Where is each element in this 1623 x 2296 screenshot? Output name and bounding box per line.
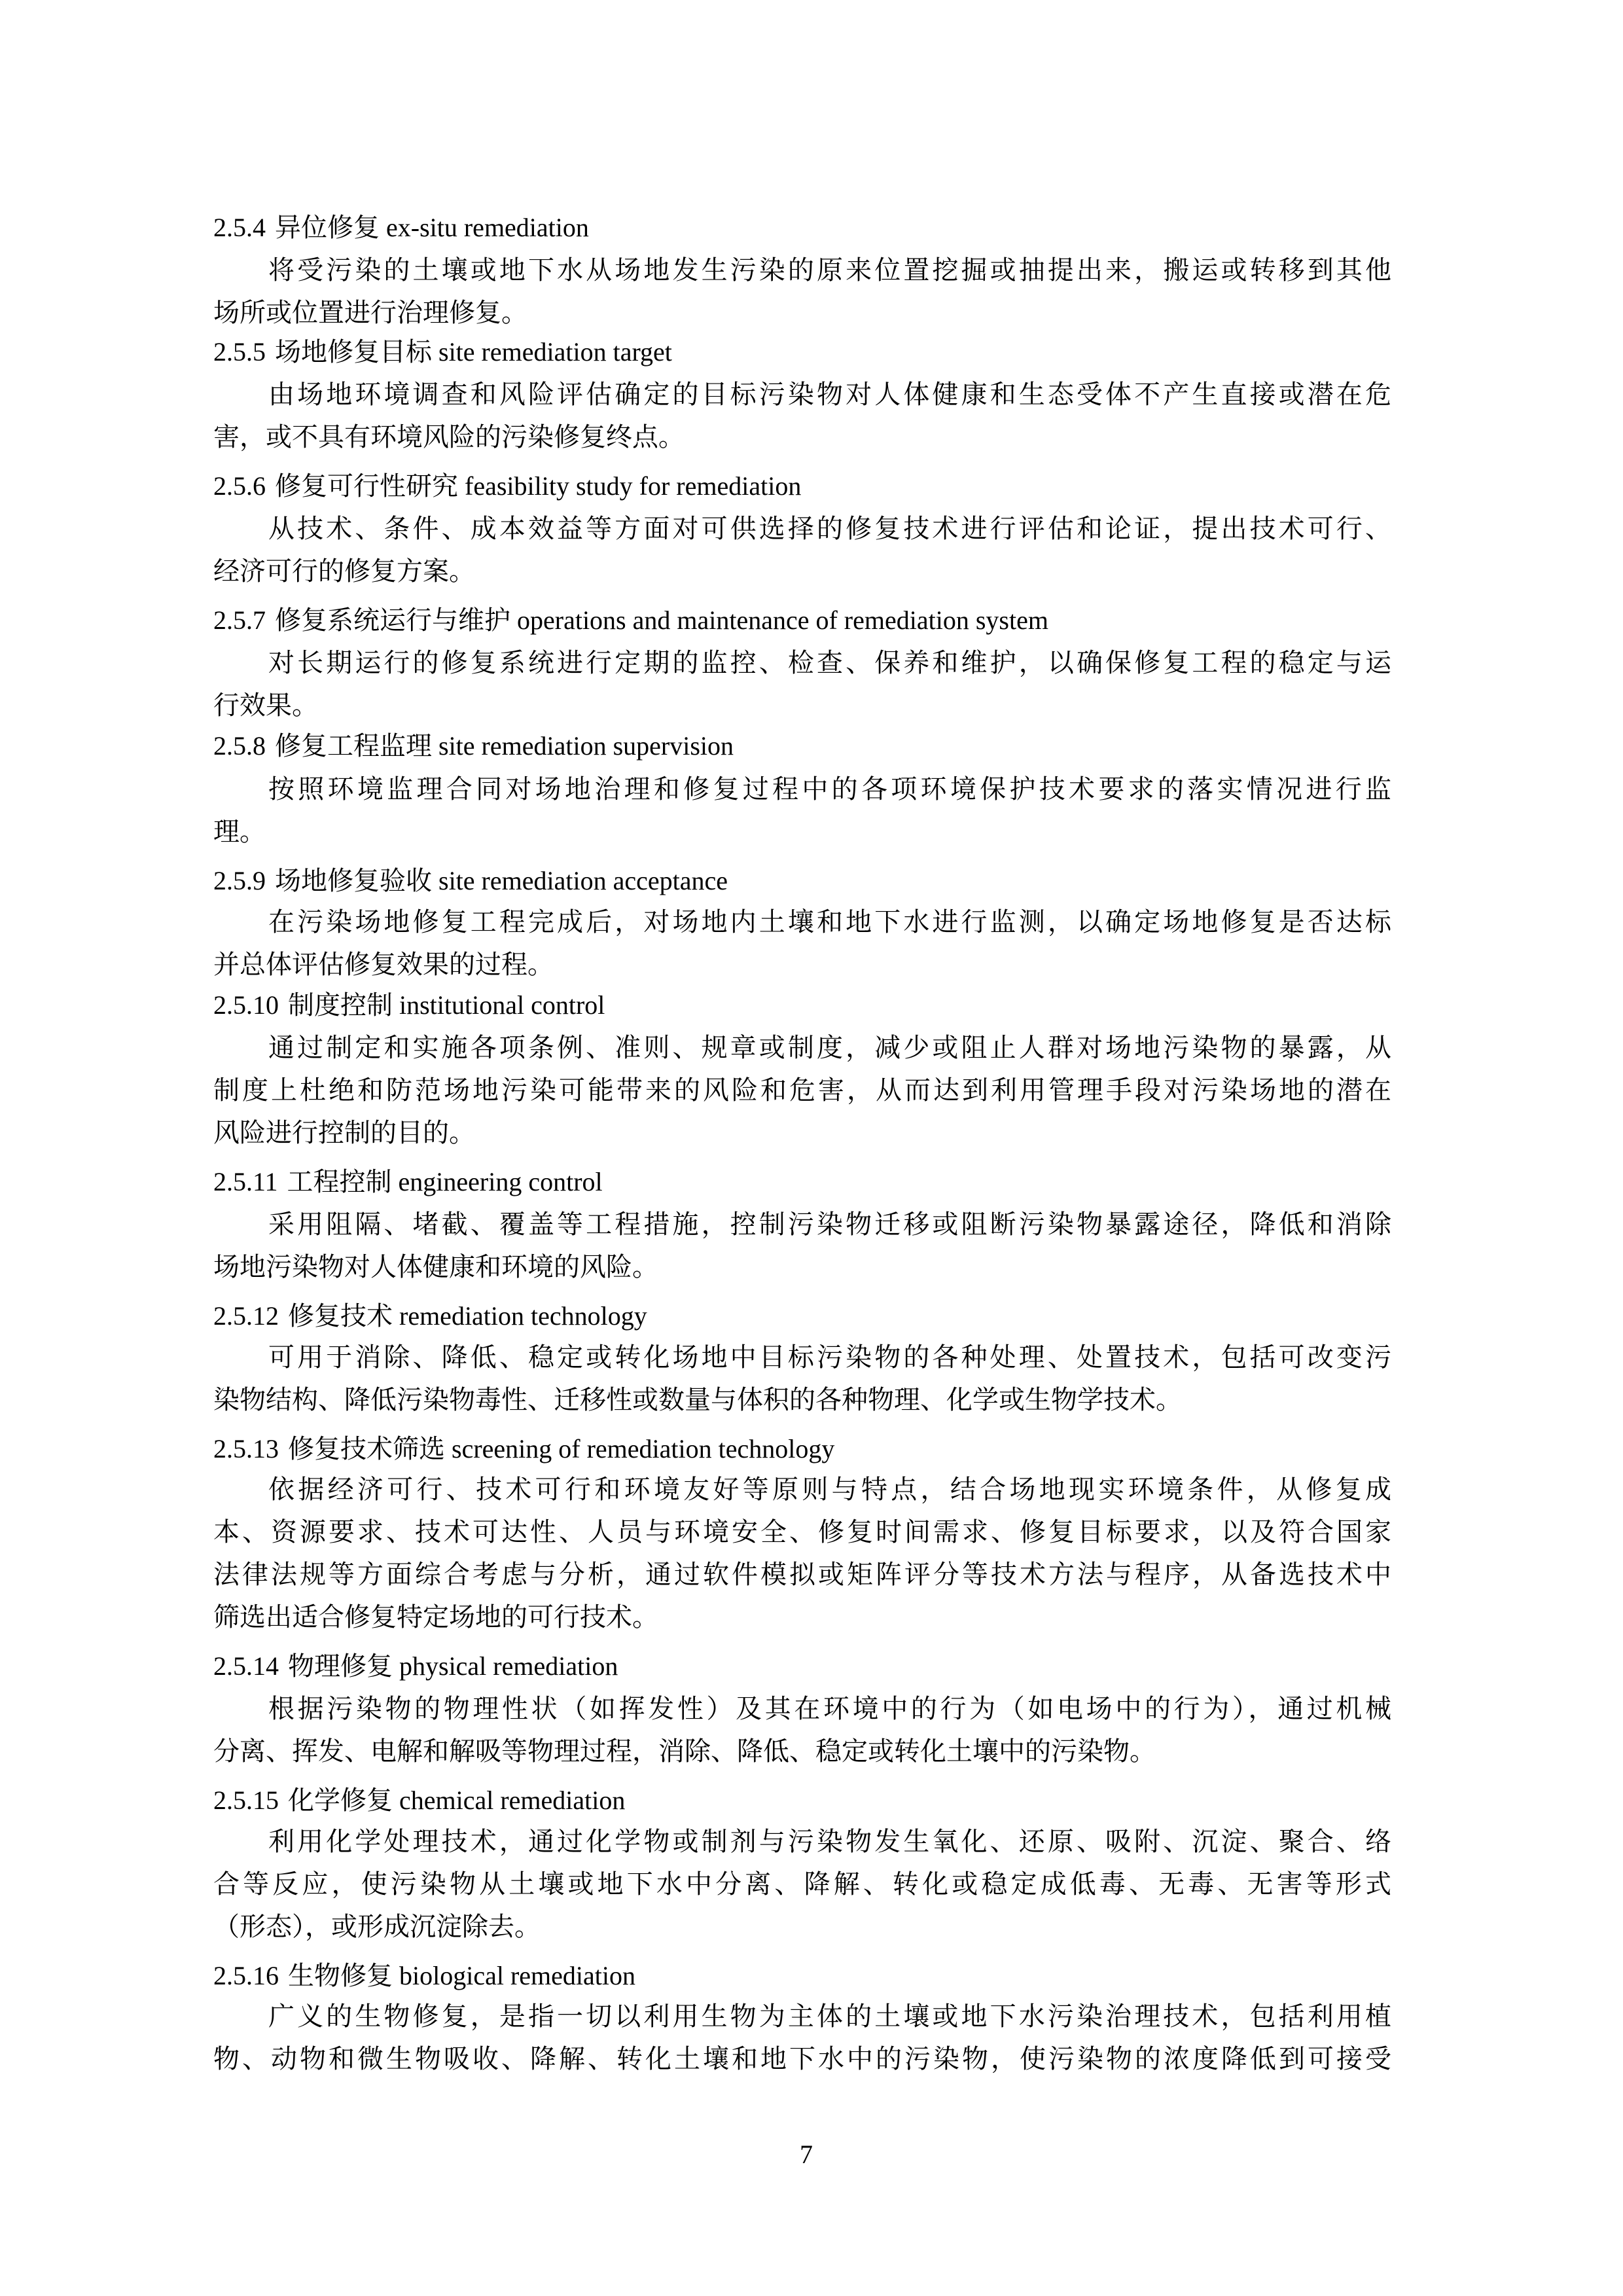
section-title: 制度控制 institutional control <box>288 990 605 1020</box>
paragraph-line: 并总体评估修复效果的过程。 <box>213 948 1391 982</box>
section-heading-2-5-16: 2.5.16生物修复 biological remediation <box>213 1959 635 1993</box>
section-number: 2.5.7 <box>213 605 266 635</box>
section-number: 2.5.11 <box>213 1167 278 1196</box>
section-number: 2.5.16 <box>213 1961 279 1990</box>
section-heading-2-5-4: 2.5.4异位修复 ex-situ remediation <box>213 211 589 245</box>
paragraph-line: 理。 <box>213 815 1391 849</box>
section-title: 修复可行性研究 feasibility study for remediatio… <box>275 471 801 501</box>
paragraph-line: 场地污染物对人体健康和环境的风险。 <box>213 1250 1391 1284</box>
section-heading-2-5-11: 2.5.11工程控制 engineering control <box>213 1165 603 1199</box>
page-number: 7 <box>785 2138 827 2172</box>
section-heading-2-5-12: 2.5.12修复技术 remediation technology <box>213 1299 647 1333</box>
section-heading-2-5-6: 2.5.6修复可行性研究 feasibility study for remed… <box>213 469 801 503</box>
paragraph-line: 通过制定和实施各项条例、准则、规章或制度，减少或阻止人群对场地污染物的暴露，从 <box>268 1031 1391 1065</box>
section-title: 修复系统运行与维护 operations and maintenance of … <box>275 605 1048 635</box>
document-page: 2.5.4异位修复 ex-situ remediation 将受污染的土壤或地下… <box>0 0 1623 2296</box>
paragraph-line: 在污染场地修复工程完成后，对场地内土壤和地下水进行监测，以确定场地修复是否达标 <box>268 905 1391 939</box>
section-title: 修复工程监理 site remediation supervision <box>275 731 734 761</box>
paragraph-line: 将受污染的土壤或地下水从场地发生污染的原来位置挖掘或抽提出来，搬运或转移到其他 <box>268 253 1391 287</box>
section-title: 场地修复目标 site remediation target <box>275 337 672 367</box>
section-heading-2-5-13: 2.5.13修复技术筛选 screening of remediation te… <box>213 1432 834 1466</box>
paragraph-line: 采用阻隔、堵截、覆盖等工程措施，控制污染物迁移或阻断污染物暴露途径，降低和消除 <box>268 1208 1391 1242</box>
paragraph-line: 利用化学处理技术，通过化学物或制剂与污染物发生氧化、还原、吸附、沉淀、聚合、络 <box>268 1825 1391 1859</box>
paragraph-line: 风险进行控制的目的。 <box>213 1116 1391 1150</box>
section-title: 物理修复 physical remediation <box>288 1651 618 1681</box>
paragraph-line: 可用于消除、降低、稳定或转化场地中目标污染物的各种处理、处置技术，包括可改变污 <box>268 1340 1391 1374</box>
paragraph-line: 根据污染物的物理性状（如挥发性）及其在环境中的行为（如电场中的行为），通过机械 <box>268 1692 1391 1726</box>
paragraph-line: 对长期运行的修复系统进行定期的监控、检查、保养和维护，以确保修复工程的稳定与运 <box>268 646 1391 680</box>
paragraph-line: 染物结构、降低污染物毒性、迁移性或数量与体积的各种物理、化学或生物学技术。 <box>213 1383 1391 1417</box>
section-title: 修复技术 remediation technology <box>288 1301 647 1331</box>
section-heading-2-5-7: 2.5.7修复系统运行与维护 operations and maintenanc… <box>213 603 1048 637</box>
section-heading-2-5-10: 2.5.10制度控制 institutional control <box>213 988 605 1022</box>
section-title: 生物修复 biological remediation <box>288 1961 635 1990</box>
section-title: 修复技术筛选 screening of remediation technolo… <box>288 1434 834 1463</box>
paragraph-line: 行效果。 <box>213 689 1391 723</box>
section-heading-2-5-8: 2.5.8修复工程监理 site remediation supervision <box>213 729 734 763</box>
paragraph-line: 从技术、条件、成本效益等方面对可供选择的修复技术进行评估和论证，提出技术可行、 <box>268 512 1391 546</box>
section-number: 2.5.10 <box>213 990 279 1020</box>
section-heading-2-5-9: 2.5.9场地修复验收 site remediation acceptance <box>213 864 728 898</box>
section-number: 2.5.13 <box>213 1434 279 1463</box>
section-title: 工程控制 engineering control <box>287 1167 603 1196</box>
section-title: 化学修复 chemical remediation <box>288 1785 625 1815</box>
section-number: 2.5.6 <box>213 471 266 501</box>
section-number: 2.5.8 <box>213 731 266 761</box>
section-number: 2.5.5 <box>213 337 266 367</box>
section-number: 2.5.4 <box>213 213 266 242</box>
paragraph-line: 由场地环境调查和风险评估确定的目标污染物对人体健康和生态受体不产生直接或潜在危 <box>268 378 1391 412</box>
section-heading-2-5-5: 2.5.5场地修复目标 site remediation target <box>213 335 672 369</box>
paragraph-line: 本、资源要求、技术可达性、人员与环境安全、修复时间需求、修复目标要求，以及符合国… <box>213 1515 1391 1549</box>
paragraph-line: 法律法规等方面综合考虑与分析，通过软件模拟或矩阵评分等技术方法与程序，从备选技术… <box>213 1558 1391 1592</box>
paragraph-line: 物、动物和微生物吸收、降解、转化土壤和地下水中的污染物，使污染物的浓度降低到可接… <box>213 2042 1391 2076</box>
paragraph-line: 依据经济可行、技术可行和环境友好等原则与特点，结合场地现实环境条件，从修复成 <box>268 1473 1391 1507</box>
section-number: 2.5.14 <box>213 1651 279 1681</box>
paragraph-line: 制度上杜绝和防范场地污染可能带来的风险和危害，从而达到利用管理手段对污染场地的潜… <box>213 1073 1391 1107</box>
paragraph-line: 害，或不具有环境风险的污染修复终点。 <box>213 420 1391 454</box>
paragraph-line: 场所或位置进行治理修复。 <box>213 296 1391 330</box>
section-heading-2-5-14: 2.5.14物理修复 physical remediation <box>213 1649 618 1683</box>
paragraph-line: 广义的生物修复，是指一切以利用生物为主体的土壤或地下水污染治理技术，包括利用植 <box>268 2000 1391 2034</box>
paragraph-line: 合等反应，使污染物从土壤或地下水中分离、降解、转化或稳定成低毒、无毒、无害等形式 <box>213 1867 1391 1901</box>
section-number: 2.5.12 <box>213 1301 279 1331</box>
section-number: 2.5.9 <box>213 866 266 895</box>
section-title: 场地修复验收 site remediation acceptance <box>275 866 728 895</box>
paragraph-line: 分离、挥发、电解和解吸等物理过程，消除、降低、稳定或转化土壤中的污染物。 <box>213 1734 1391 1768</box>
section-heading-2-5-15: 2.5.15化学修复 chemical remediation <box>213 1784 625 1818</box>
section-title: 异位修复 ex-situ remediation <box>275 213 589 242</box>
paragraph-line: 按照环境监理合同对场地治理和修复过程中的各项环境保护技术要求的落实情况进行监 <box>268 772 1391 806</box>
paragraph-line: 经济可行的修复方案。 <box>213 554 1391 588</box>
section-number: 2.5.15 <box>213 1785 279 1815</box>
paragraph-line: （形态），或形成沉淀除去。 <box>213 1910 1391 1944</box>
paragraph-line: 筛选出适合修复特定场地的可行技术。 <box>213 1600 1391 1634</box>
